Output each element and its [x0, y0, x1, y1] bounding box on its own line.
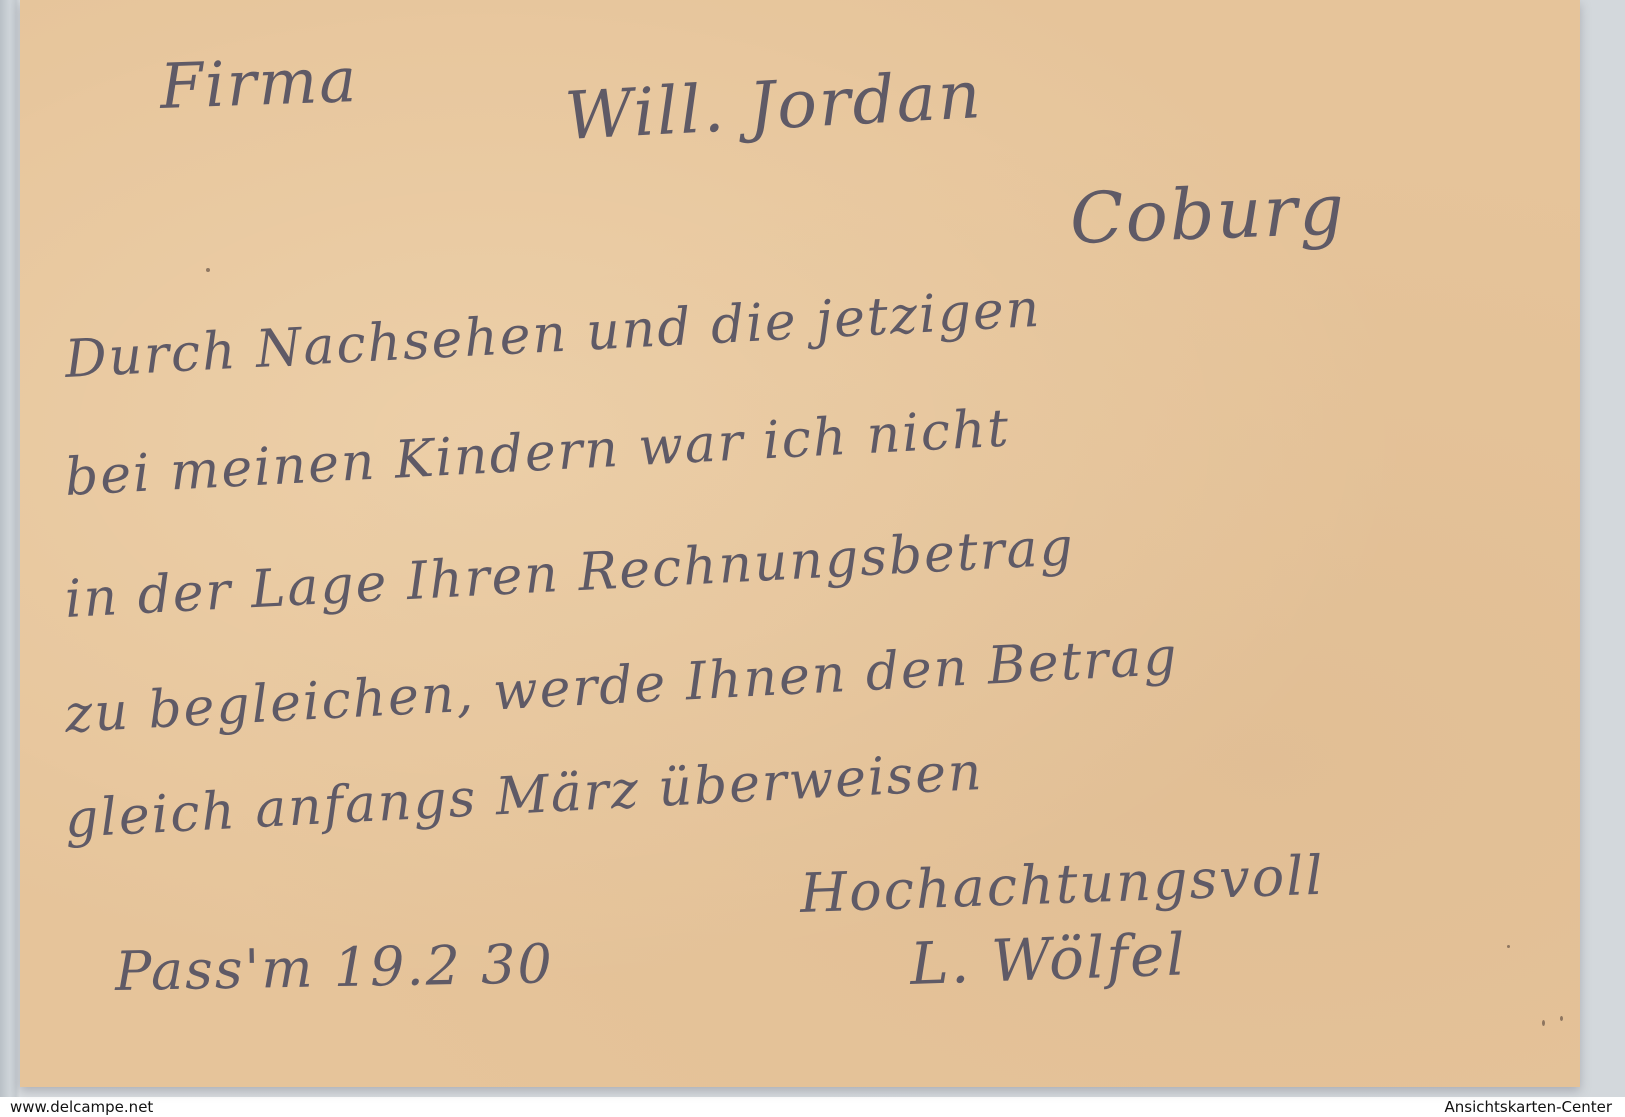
message-line-1: Durch Nachsehen und die jetzigen [63, 279, 1042, 390]
address-line-name: Will. Jordan [563, 56, 984, 155]
message-line-2: bei meinen Kindern war ich nicht [63, 399, 1011, 508]
paper-speck [1560, 1016, 1563, 1021]
signature: L. Wölfel [909, 920, 1188, 998]
place-date: Pass'm 19.2 30 [114, 932, 554, 1003]
address-line-city: Coburg [1069, 168, 1348, 260]
message-line-5: gleich anfangs März überweisen [63, 742, 984, 850]
watermark-delcampe: www.delcampe.net [10, 1097, 153, 1117]
paper-speck [1507, 945, 1510, 948]
message-line-4: zu begleichen, werde Ihnen den Betrag [63, 627, 1180, 745]
message-line-3: in der Lage Ihren Rechnungsbetrag [63, 517, 1076, 630]
watermark-ansichtskarten-center: Ansichtskarten-Center [1445, 1097, 1613, 1117]
paper-speck [1542, 1020, 1545, 1026]
postcard: Firma Will. Jordan Coburg Durch Nachsehe… [20, 0, 1580, 1087]
closing-text: Hochachtungsvoll [799, 844, 1326, 925]
address-line-firma: Firma [159, 43, 360, 123]
paper-speck [206, 268, 210, 272]
